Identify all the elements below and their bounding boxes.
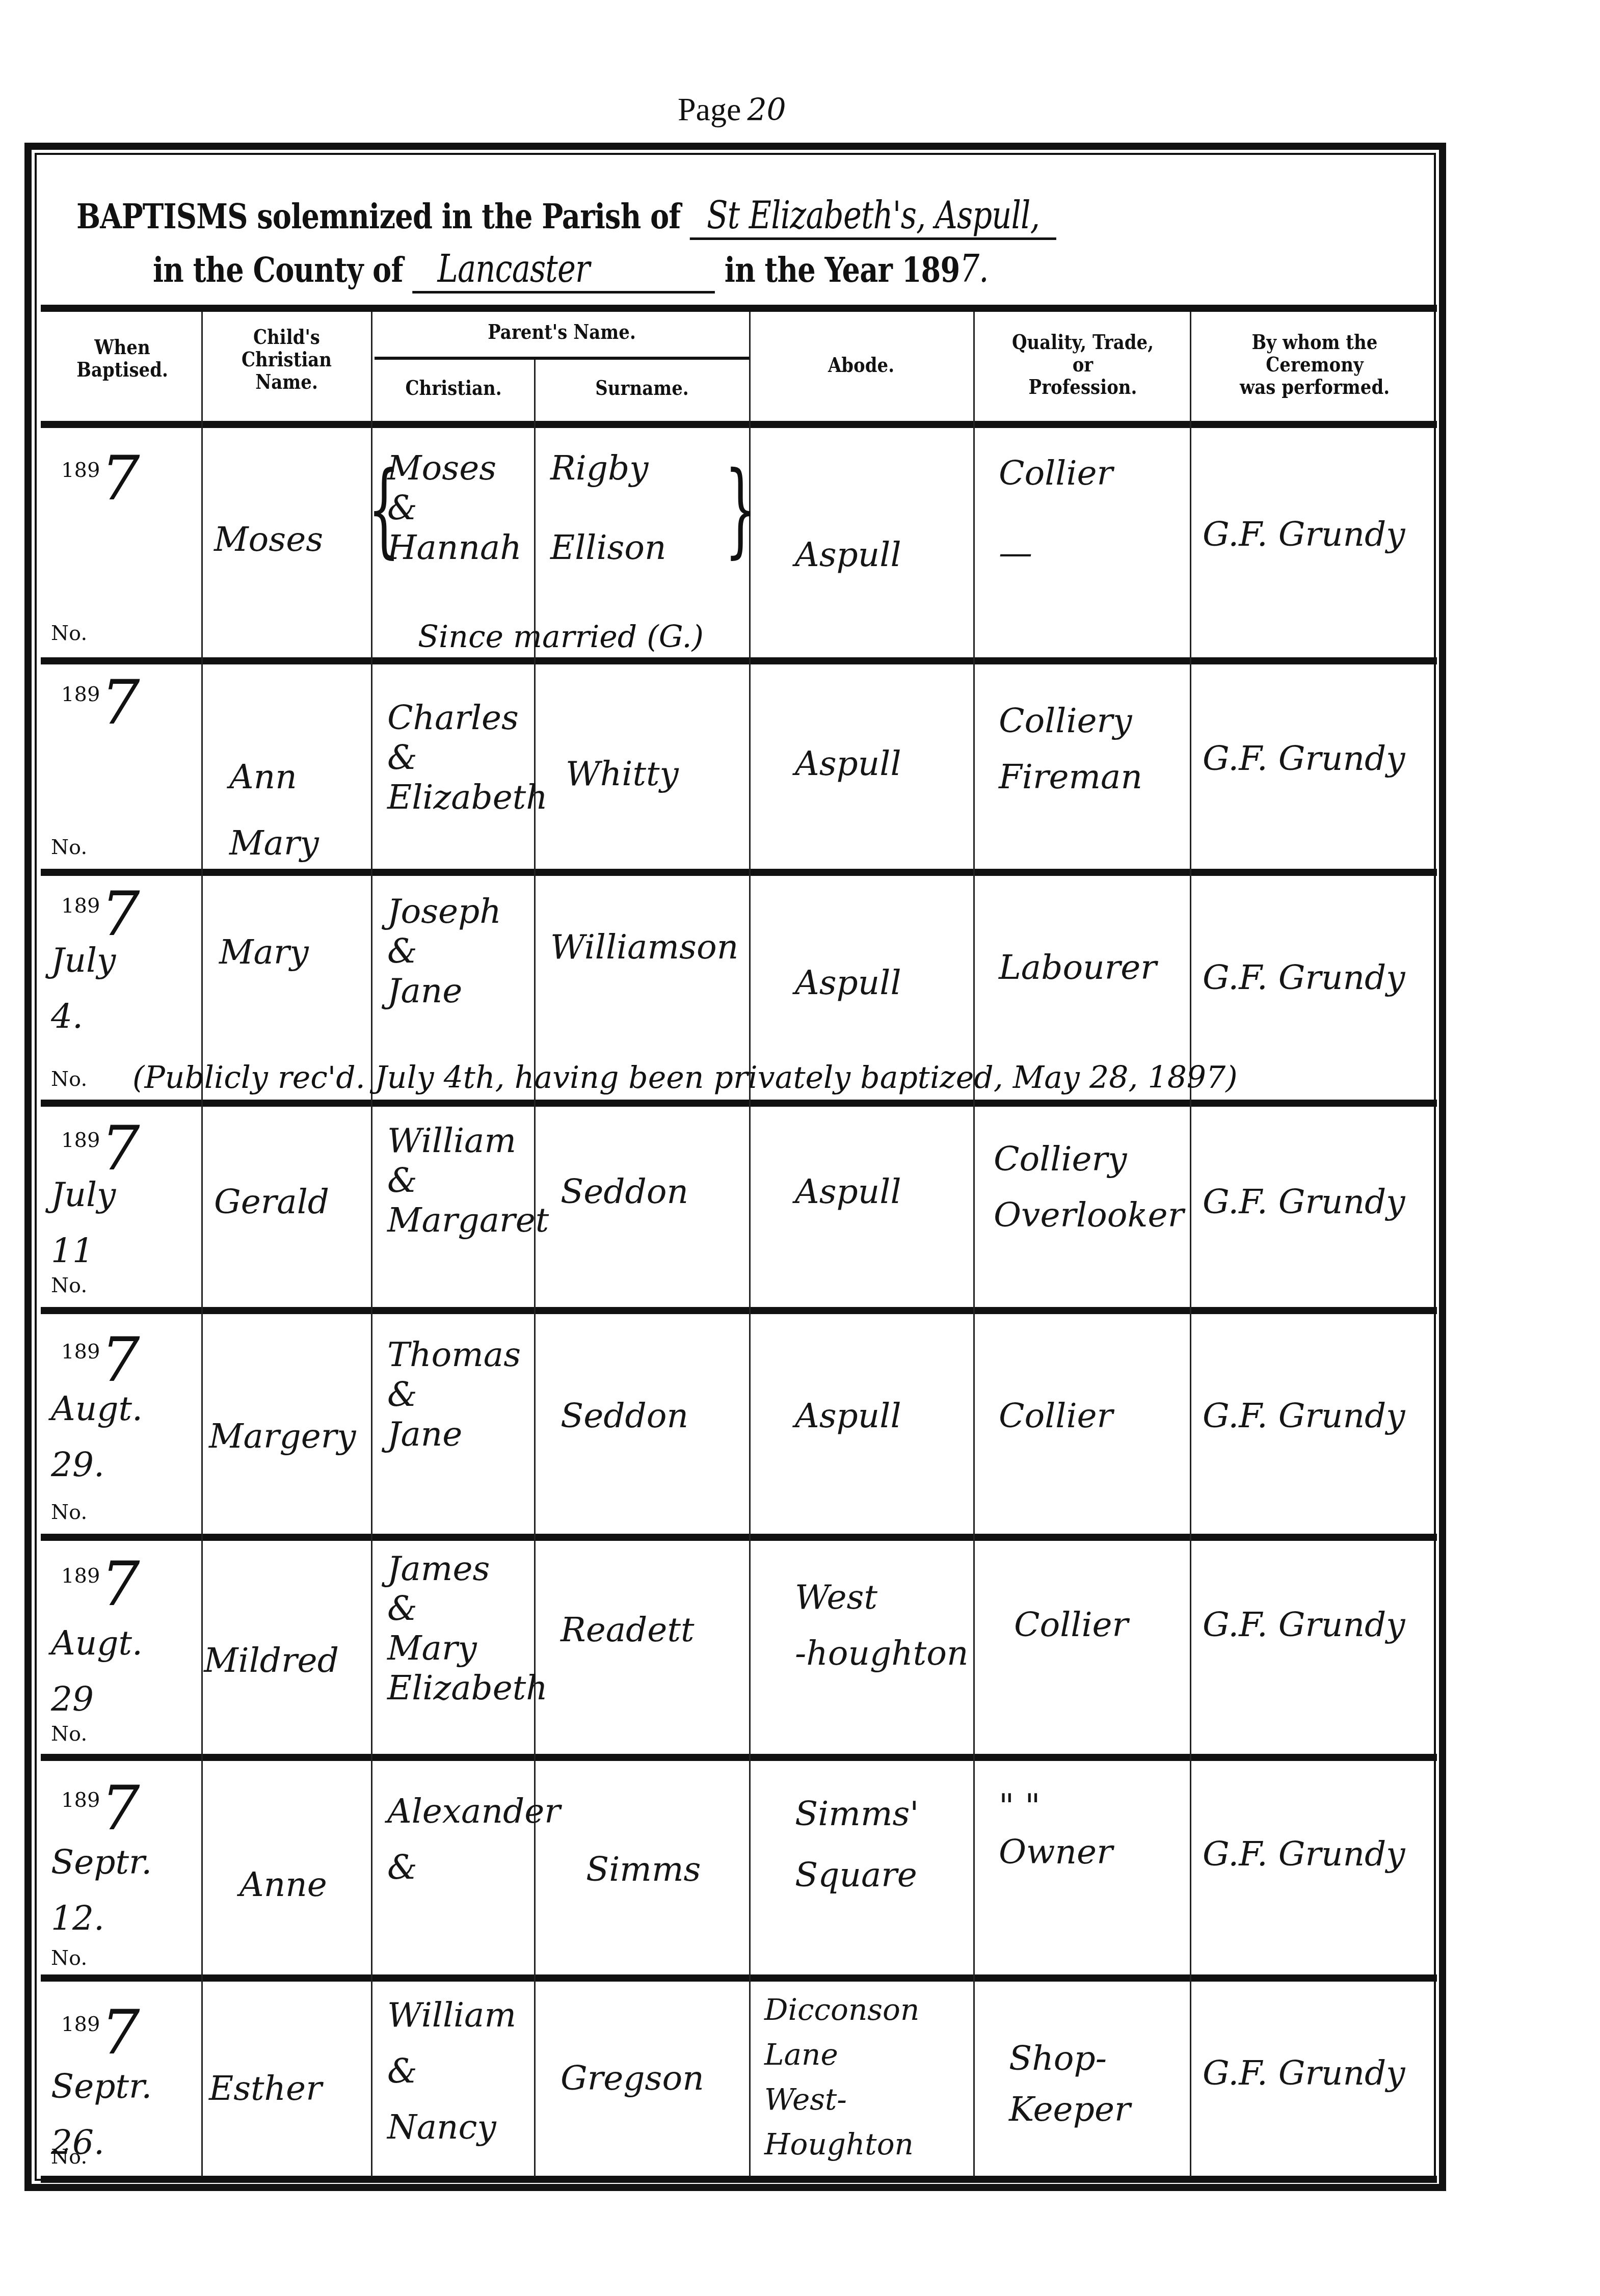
entry-number-label: No. (51, 1501, 87, 1524)
year-mark: 1897 (61, 1773, 140, 1844)
entry-number-label: No. (51, 622, 87, 645)
page-label: Page (678, 91, 741, 127)
parent-surname: Rigby Ellison (550, 448, 666, 568)
column-divider (201, 312, 203, 2177)
child-name: Esther (209, 2069, 322, 2108)
child-name: Margery (209, 1417, 356, 1456)
parent-surname: Simms (586, 1850, 701, 1889)
column-divider (749, 312, 751, 2177)
row-divider (41, 1307, 1437, 1314)
quality: Collier — (999, 453, 1113, 573)
entry-number-label: No. (51, 836, 87, 859)
right-brace: } (725, 459, 757, 560)
column-divider (973, 312, 975, 2177)
child-name: Gerald (214, 1182, 329, 1222)
page-number: Page20 (678, 91, 786, 128)
parent-surname: Seddon (561, 1172, 688, 1212)
parent-christian: Joseph & Jane (387, 892, 501, 1011)
county-prefix: in the County of (153, 250, 403, 290)
quality: " " Owner (999, 1783, 1113, 1875)
header-parent-christian: Christian. (386, 377, 521, 399)
header-parents-name: Parent's Name. (403, 321, 721, 343)
baptism-date: Augt. 29. (51, 1381, 143, 1493)
row-divider (41, 1100, 1437, 1107)
parent-christian: William & Margaret (387, 1121, 549, 1240)
officiant-signature: G.F. Grundy (1203, 739, 1405, 779)
officiant-signature: G.F. Grundy (1203, 515, 1405, 554)
title-line-county: in the County of Lancaster in the Year 1… (153, 247, 989, 293)
parent-christian: Charles & Elizabeth (387, 698, 548, 817)
parent-surname: Whitty (566, 754, 679, 794)
row-divider (41, 1974, 1437, 1982)
year-mark: 1897 (61, 668, 140, 738)
abode: Simms' Square (795, 1783, 919, 1906)
year-mark: 1897 (61, 443, 140, 514)
baptism-date: Augt. 29 (51, 1615, 143, 1727)
child-name: Mildred (204, 1641, 339, 1680)
year-digit: 7. (960, 247, 989, 291)
parent-christian: Alexander & (387, 1783, 561, 1895)
baptism-date: July 11 (51, 1167, 116, 1279)
parent-christian: Moses & Hannah (387, 448, 522, 568)
officiant-signature: G.F. Grundy (1203, 1834, 1405, 1874)
quality: Collier (999, 1396, 1113, 1436)
header-child-name: Child's Christian Name. (216, 326, 357, 393)
parent-surname: Gregson (561, 2059, 704, 2098)
entry-number-label: No. (51, 1067, 87, 1091)
title-prefix: BAPTISMS solemnized in the Parish of (76, 196, 681, 237)
officiant-signature: G.F. Grundy (1203, 958, 1405, 998)
row-divider (41, 1534, 1437, 1541)
entry-number-label: No. (51, 2145, 87, 2169)
parent-surname: Readett (561, 1610, 694, 1650)
year-mark: 1897 (61, 1997, 140, 2068)
child-name: Mary (219, 932, 309, 972)
parent-surname: Williamson (550, 927, 738, 967)
quality: Shop- Keeper (1009, 2033, 1131, 2135)
child-name: Moses (214, 520, 323, 559)
quality: Collier (1014, 1605, 1128, 1645)
parent-surname: Seddon (561, 1396, 688, 1436)
parent-christian: James & Mary Elizabeth (387, 1549, 548, 1708)
abode: Aspull (795, 963, 901, 1003)
entry-number-label: No. (51, 1722, 87, 1746)
year-prefix: in the Year 189 (725, 250, 960, 290)
parent-christian: Thomas & Jane (387, 1335, 521, 1454)
column-divider (371, 312, 372, 2177)
entry-number-label: No. (51, 1946, 87, 1970)
parents-header-rule (375, 357, 749, 360)
page-number-value: 20 (747, 92, 786, 128)
header-parent-surname: Surname. (551, 377, 733, 399)
abode: Aspull (795, 744, 901, 784)
child-name: Ann Mary (229, 744, 319, 876)
officiant-signature: G.F. Grundy (1203, 1396, 1405, 1436)
baptism-date: Septr. 12. (51, 1834, 152, 1946)
parish-name: St Elizabeth's, Aspull, (690, 194, 1056, 240)
abode: Aspull (795, 1172, 901, 1212)
rule-header-top (41, 305, 1437, 312)
entry-number-label: No. (51, 1274, 87, 1297)
quality: Labourer (999, 948, 1157, 987)
quality: Colliery Fireman (999, 693, 1142, 805)
abode: Aspull (795, 1396, 901, 1436)
officiant-signature: G.F. Grundy (1203, 2053, 1405, 2093)
year-mark: 1897 (61, 1549, 140, 1620)
header-abode: Abode. (768, 354, 954, 377)
abode: West -houghton (795, 1569, 969, 1681)
header-quality: Quality, Trade, or Profession. (992, 331, 1174, 398)
baptism-date: July 4. (51, 932, 116, 1045)
margin-note: (Publicly rec'd. July 4th, having been p… (132, 1060, 1238, 1096)
quality: Colliery Overlooker (994, 1131, 1184, 1243)
header-officiant: By whom the Ceremony was performed. (1211, 331, 1419, 398)
margin-note: Since married (G.) (418, 619, 704, 655)
child-name: Anne (239, 1865, 327, 1905)
rule-header-bottom (41, 421, 1437, 428)
county-name: Lancaster (412, 247, 715, 293)
column-divider (1190, 312, 1191, 2177)
title-line-parish: BAPTISMS solemnized in the Parish of St … (76, 194, 1056, 240)
parent-christian: William & Nancy (387, 1987, 516, 2155)
rule-table-bottom (41, 2176, 1437, 2183)
abode: Dicconson Lane West- Houghton (764, 1987, 919, 2167)
officiant-signature: G.F. Grundy (1203, 1605, 1405, 1645)
row-divider (41, 1754, 1437, 1761)
header-when-baptised: When Baptised. (58, 336, 188, 381)
abode: Aspull (795, 535, 901, 575)
row-divider (41, 657, 1437, 664)
officiant-signature: G.F. Grundy (1203, 1182, 1405, 1222)
